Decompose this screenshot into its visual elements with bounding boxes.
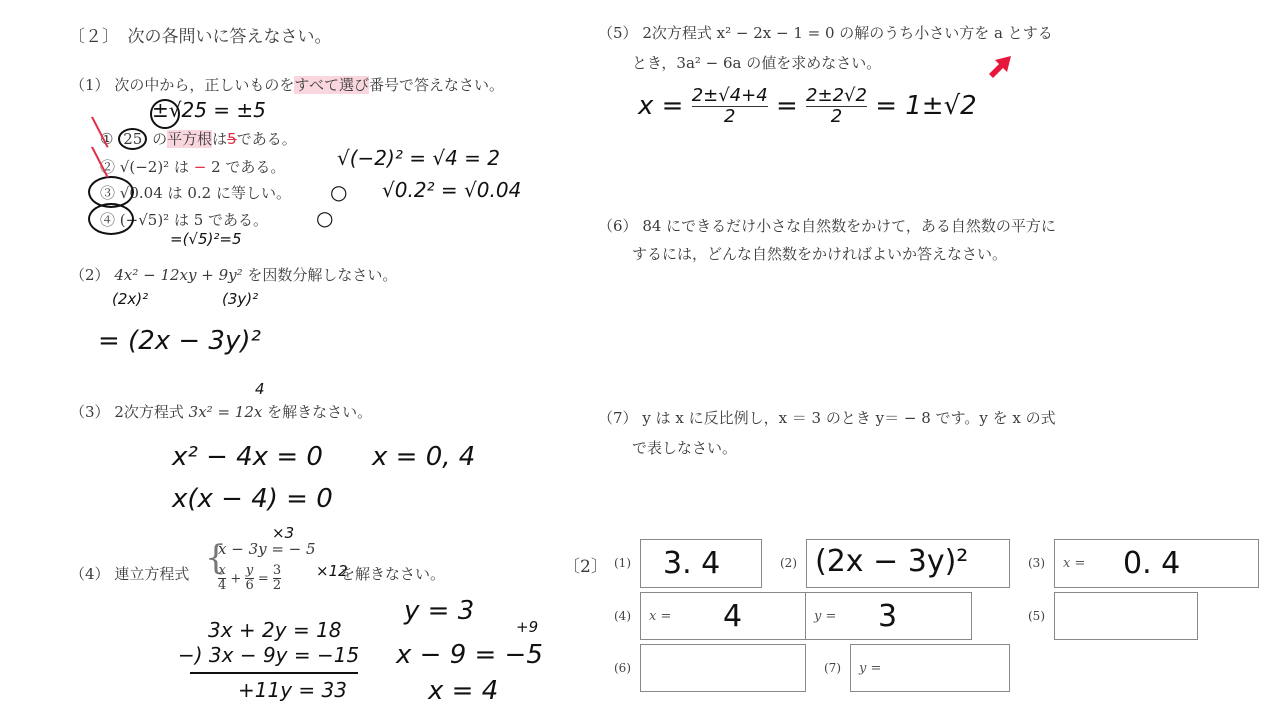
q7-label: （7）	[598, 409, 638, 427]
frac-num: 3	[273, 564, 281, 579]
q5-work-x: x =	[638, 91, 692, 121]
option-text: は	[174, 158, 189, 176]
q1-correct-mark-3: ○	[330, 180, 347, 204]
q3-label: （3）	[70, 403, 110, 421]
q1-work-side-1: √(−2)² = √4 = 2	[337, 146, 500, 170]
answer-num-4: (4)	[614, 609, 631, 623]
option-text: は	[168, 184, 183, 202]
q1-option-2: ② √(−2)² は − 2 である。	[100, 156, 285, 177]
q4-work-5-note: +9	[516, 618, 538, 636]
q7-text: y は x に反比例し，x ＝ 3 のとき y＝ − 8 です。y を x の式	[642, 409, 1055, 427]
option-text: である。	[237, 130, 297, 148]
frac-num: x	[218, 564, 226, 579]
q2-work-result: = (2x − 3y)²	[98, 326, 261, 356]
answer-num-3: (3)	[1028, 556, 1045, 570]
q1-label: （1）	[70, 76, 110, 94]
q3-text: 2次方程式	[114, 403, 184, 421]
q1-text-after: 番号で答えなさい。	[369, 76, 504, 94]
q1-option-1: ① 25 の平方根は5である。	[100, 128, 297, 149]
q2-work-3y: (3y)²	[222, 290, 258, 308]
q1-work-below: =(√5)²=5	[170, 230, 242, 248]
option-value: 0.2	[187, 184, 211, 202]
frac-den: 4	[218, 579, 226, 593]
option-1-circled-25: 25	[118, 128, 147, 150]
q7-line-1: （7） y は x に反比例し，x ＝ 3 のとき y＝ − 8 です。y を …	[598, 407, 1056, 428]
q5-work-result: = 1±√2	[875, 91, 977, 121]
q3-prompt: （3） 2次方程式 3x² = 12x を解きなさい。	[70, 401, 372, 422]
q5-work-eq: =	[776, 91, 798, 121]
frac-den: 6	[245, 579, 253, 593]
answer-box-3[interactable]: x = 0. 4	[1054, 539, 1259, 588]
q4-work-2: −) 3x − 9y = −15	[178, 643, 359, 667]
answer-prefix-3: x =	[1063, 556, 1085, 571]
option-highlight: 平方根	[167, 130, 212, 148]
q2-label: （2）	[70, 266, 110, 284]
answer-num-6: (6)	[614, 661, 631, 675]
q5-line-1: （5） 2次方程式 x² − 2x − 1 = 0 の解のうち小さい方を a と…	[598, 22, 1053, 43]
q4-work-5: x − 9 = −5	[396, 640, 543, 670]
option-text: は	[212, 130, 227, 148]
option-text: 2 である。	[211, 158, 285, 176]
q4-equation-1: x − 3y = − 5	[218, 540, 316, 558]
q3-work-1: x² − 4x = 0	[172, 442, 323, 472]
q1-work-side-2: √0.2² = √0.04	[382, 178, 521, 202]
q5-line-2: とき，3a² − 6a の値を求めなさい。	[632, 52, 881, 73]
frac-den: 2	[806, 107, 867, 127]
option-2-slash-mark: ╲	[92, 148, 108, 178]
q4-work-6: x = 4	[428, 676, 498, 706]
q4-text: 連立方程式	[114, 565, 189, 583]
q4-work-3: +11y = 33	[238, 678, 347, 702]
q6-label: （6）	[598, 217, 638, 235]
q2-prompt: （2） 4x² − 12xy + 9y² を因数分解しなさい。	[70, 264, 397, 285]
answer-sheet-label: 〔2〕	[563, 552, 608, 577]
answer-num-2: (2)	[780, 556, 797, 570]
answer-value-4y: 3	[878, 599, 897, 634]
answer-num-1: (1)	[614, 556, 631, 570]
q2-text: を因数分解しなさい。	[247, 266, 397, 284]
answer-box-7[interactable]: y =	[850, 644, 1010, 692]
q7-line-2: で表しなさい。	[632, 437, 737, 458]
frac-den: 2	[273, 579, 281, 593]
q3-text: を解きなさい。	[267, 403, 372, 421]
q4-equation-2: x4 + y6 = 32	[218, 564, 281, 594]
red-arrow-icon	[985, 52, 1015, 82]
answer-num-7: (7)	[824, 661, 841, 675]
answer-value-3: 0. 4	[1123, 546, 1180, 581]
q4-label: （4）	[70, 565, 110, 583]
q1-text-before: 次の中から，正しいものを	[114, 76, 294, 94]
q1-pm-circle	[150, 99, 180, 129]
q3-work-note: 4	[255, 380, 265, 398]
answer-box-5[interactable]	[1054, 592, 1198, 640]
option-text: に等しい。	[216, 184, 291, 202]
option-expr: √(−2)²	[120, 158, 169, 176]
option-4-circle	[88, 203, 134, 235]
q6-line-1: （6） 84 にできるだけ小さな自然数をかけて，ある自然数の平方に	[598, 215, 1056, 236]
q1-correct-mark-4: ○	[316, 206, 333, 230]
q4-prompt-label: （4） 連立方程式	[70, 563, 189, 584]
frac-num: y	[245, 564, 253, 579]
q3-work-3: x = 0, 4	[372, 442, 475, 472]
q2-expression: 4x² − 12xy + 9y²	[114, 266, 242, 284]
q4-work-1: 3x + 2y = 18	[208, 618, 342, 642]
strike-mark: 5	[227, 130, 237, 148]
answer-box-2[interactable]: (2x − 3y)²	[806, 539, 1010, 588]
frac-num: 2±2√2	[806, 86, 867, 107]
q5-work: x = 2±√4+42 = 2±2√22 = 1±√2	[638, 86, 977, 127]
frac-num: 2±√4+4	[692, 86, 768, 107]
answer-value-4x: 4	[723, 599, 742, 634]
answer-prefix-4x: x =	[649, 609, 671, 624]
q1-text-highlight: すべて選び	[294, 76, 369, 94]
q5-label: （5）	[598, 24, 638, 42]
q2-work-2x: (2x)²	[112, 290, 148, 308]
section-title: 〔２〕 次の各問いに答えなさい。	[68, 22, 332, 47]
answer-prefix-7: y =	[859, 661, 881, 676]
q5-text: 2次方程式 x² − 2x − 1 = 0 の解のうち小さい方を a とする	[642, 24, 1052, 42]
answer-value-1: 3. 4	[663, 546, 720, 581]
q4-subtraction-line	[190, 672, 358, 674]
answer-box-4-y[interactable]: y = 3	[805, 592, 972, 640]
q1-prompt: （1） 次の中から，正しいものをすべて選び番号で答えなさい。	[70, 74, 504, 95]
answer-prefix-4y: y =	[814, 609, 836, 624]
q6-text: 84 にできるだけ小さな自然数をかけて，ある自然数の平方に	[642, 217, 1056, 235]
answer-num-5: (5)	[1028, 609, 1045, 623]
q3-expression: 3x² = 12x	[189, 403, 263, 421]
frac-den: 2	[692, 107, 768, 127]
strike-mark: −	[194, 158, 207, 176]
q3-work-2: x(x − 4) = 0	[172, 484, 333, 514]
option-text: の	[152, 130, 167, 148]
answer-box-1[interactable]: 3. 4	[640, 539, 762, 588]
option-text: は 5 である。	[174, 211, 268, 229]
q4-text-b: を解きなさい。	[340, 563, 445, 584]
answer-box-6[interactable]	[640, 644, 806, 692]
option-1-slash-mark: ╲	[92, 118, 108, 148]
answer-box-4-x[interactable]: x = 4	[640, 592, 806, 640]
answer-value-2: (2x − 3y)²	[815, 544, 968, 579]
q4-work-4: y = 3	[404, 596, 474, 626]
q6-line-2: するには，どんな自然数をかければよいか答えなさい。	[632, 243, 1007, 264]
